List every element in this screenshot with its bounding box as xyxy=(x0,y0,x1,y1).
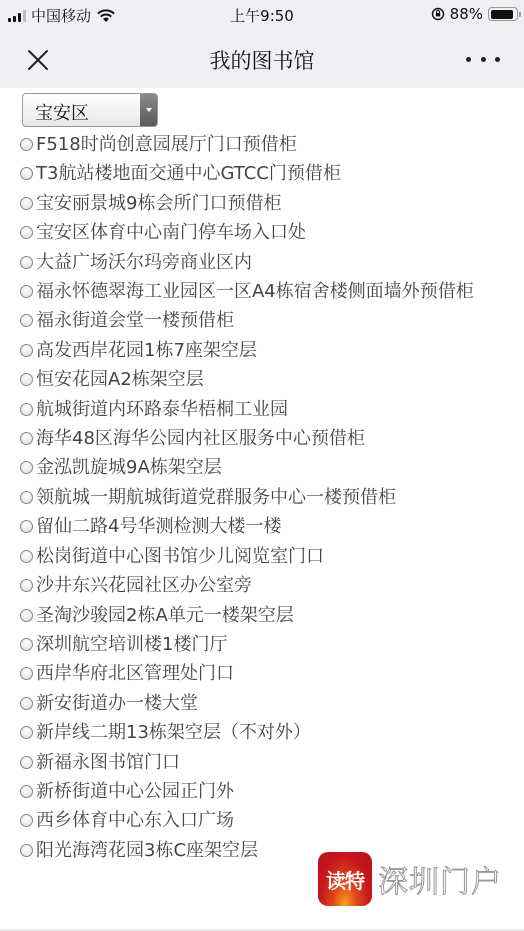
radio-icon[interactable] xyxy=(20,814,33,827)
radio-icon[interactable] xyxy=(20,226,33,239)
location-option[interactable]: T3航站楼地面交通中心GTCC门预借柜 xyxy=(20,159,500,188)
location-option[interactable]: 宝安区体育中心南门停车场入口处 xyxy=(20,218,500,247)
status-bar: 中国移动 上午9:50 88% xyxy=(0,0,524,30)
radio-icon[interactable] xyxy=(20,197,33,210)
radio-icon[interactable] xyxy=(20,373,33,386)
radio-icon[interactable] xyxy=(20,314,33,327)
location-option[interactable]: 海华48区海华公园内社区服务中心预借柜 xyxy=(20,424,500,453)
radio-icon[interactable] xyxy=(20,697,33,710)
location-option[interactable]: 宝安丽景城9栋会所门口预借柜 xyxy=(20,189,500,218)
radio-icon[interactable] xyxy=(20,491,33,504)
battery-icon xyxy=(488,7,518,21)
radio-icon[interactable] xyxy=(20,756,33,769)
radio-icon[interactable] xyxy=(20,403,33,416)
district-select-value: 宝安区 xyxy=(35,99,89,125)
radio-icon[interactable] xyxy=(20,167,33,180)
location-option[interactable]: 高发西岸花园1栋7座架空层 xyxy=(20,336,500,365)
location-option[interactable]: 福永街道会堂一楼预借柜 xyxy=(20,306,500,335)
nav-bar: 我的图书馆 xyxy=(0,30,524,88)
radio-icon[interactable] xyxy=(20,550,33,563)
location-option[interactable]: 恒安花园A2栋架空层 xyxy=(20,365,500,394)
status-right: 88% xyxy=(431,5,518,23)
chevron-down-icon xyxy=(140,94,157,126)
dute-app-icon: 读特 xyxy=(318,852,372,906)
radio-icon[interactable] xyxy=(20,844,33,857)
radio-icon[interactable] xyxy=(20,726,33,739)
radio-icon[interactable] xyxy=(20,461,33,474)
radio-icon[interactable] xyxy=(20,256,33,269)
location-option[interactable]: 沙井东兴花园社区办公室旁 xyxy=(20,571,500,600)
radio-icon[interactable] xyxy=(20,579,33,592)
location-option[interactable]: 大益广场沃尔玛旁商业区内 xyxy=(20,248,500,277)
rotation-lock-icon xyxy=(431,7,445,21)
watermark-logo: 读特 深圳门户 xyxy=(318,852,502,906)
location-option[interactable]: F518时尚创意园展厅门口预借柜 xyxy=(20,130,500,159)
location-option[interactable]: 深圳航空培训楼1楼门厅 xyxy=(20,630,500,659)
location-option[interactable]: 金泓凯旋城9A栋架空层 xyxy=(20,453,500,482)
district-select[interactable]: 宝安区 xyxy=(22,93,158,127)
location-option[interactable]: 松岗街道中心图书馆少儿阅览室门口 xyxy=(20,542,500,571)
more-dots-icon[interactable] xyxy=(466,48,500,70)
radio-icon[interactable] xyxy=(20,667,33,680)
radio-icon[interactable] xyxy=(20,638,33,651)
location-option[interactable]: 新岸线二期13栋架空层（不对外） xyxy=(20,718,500,747)
radio-icon[interactable] xyxy=(20,285,33,298)
location-option[interactable]: 新安街道办一楼大堂 xyxy=(20,689,500,718)
battery-percent: 88% xyxy=(450,5,483,23)
location-option[interactable]: 西乡体育中心东入口广场 xyxy=(20,806,500,835)
location-option[interactable]: 领航城一期航城街道党群服务中心一楼预借柜 xyxy=(20,483,500,512)
location-option[interactable]: 留仙二路4号华测检测大楼一楼 xyxy=(20,512,500,541)
radio-icon[interactable] xyxy=(20,344,33,357)
radio-icon[interactable] xyxy=(20,432,33,445)
location-option[interactable]: 圣淘沙骏园2栋A单元一楼架空层 xyxy=(20,601,500,630)
radio-icon[interactable] xyxy=(20,138,33,151)
radio-icon[interactable] xyxy=(20,785,33,798)
location-option[interactable]: 新桥街道中心公园正门外 xyxy=(20,777,500,806)
radio-icon[interactable] xyxy=(20,520,33,533)
watermark-text: 深圳门户 xyxy=(378,857,502,901)
page-title: 我的图书馆 xyxy=(0,45,524,75)
location-list: F518时尚创意园展厅门口预借柜 T3航站楼地面交通中心GTCC门预借柜 宝安丽… xyxy=(20,130,500,865)
location-option[interactable]: 新福永图书馆门口 xyxy=(20,748,500,777)
location-option[interactable]: 航城街道内环路泰华梧桐工业园 xyxy=(20,395,500,424)
location-option[interactable]: 西岸华府北区管理处门口 xyxy=(20,659,500,688)
radio-icon[interactable] xyxy=(20,609,33,622)
location-option[interactable]: 福永怀德翠海工业园区一区A4栋宿舍楼侧面墙外预借柜 xyxy=(20,277,500,306)
